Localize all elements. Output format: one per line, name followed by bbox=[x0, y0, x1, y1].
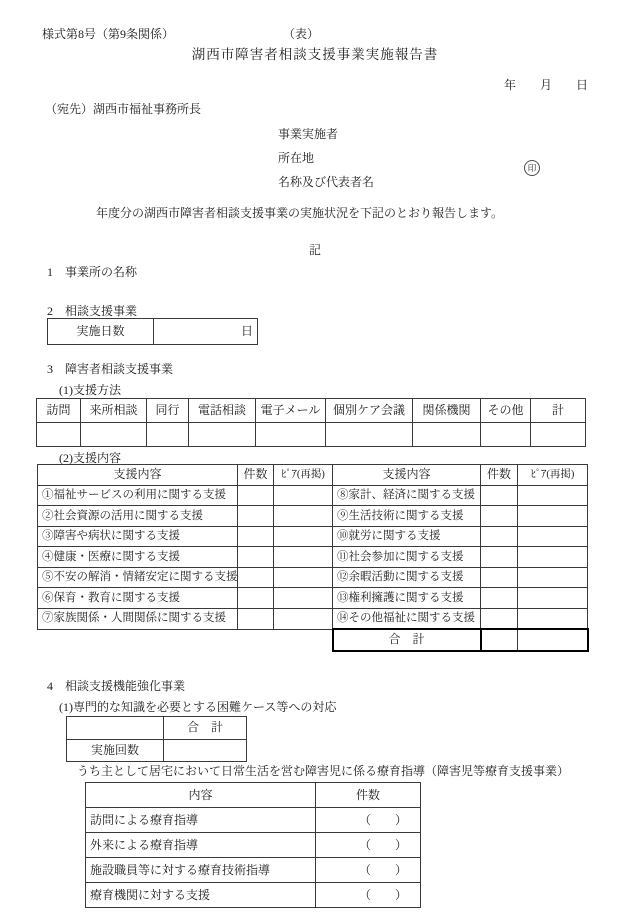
table-row: 実施回数 bbox=[67, 739, 247, 762]
support-item: ⑤不安の解消・情緒安定に関する支援 bbox=[38, 567, 238, 588]
support-content-header-row: 支援内容 件数 ﾋﾟｱ(再掲) 支援内容 件数 ﾋﾟｱ(再掲) bbox=[38, 465, 588, 486]
implementation-days-value: 日 bbox=[154, 319, 258, 345]
count-cell bbox=[238, 506, 274, 527]
table-row: 合 計 bbox=[67, 717, 247, 740]
count-cell bbox=[481, 485, 518, 506]
value-cell bbox=[256, 423, 326, 447]
value-cell bbox=[147, 423, 189, 447]
page-title: 湖西市障害者相談支援事業実施報告書 bbox=[0, 47, 630, 64]
count-cell bbox=[481, 588, 518, 609]
count-cell: （ ） bbox=[316, 808, 421, 833]
empty-cell bbox=[238, 629, 274, 651]
peer-cell bbox=[274, 608, 333, 629]
table-row: ⑥保育・教育に関する支援 ⑬権利擁護に関する支援 bbox=[38, 588, 588, 609]
col-total: 計 bbox=[531, 399, 586, 423]
difficult-cases-table: 合 計 実施回数 bbox=[66, 716, 247, 762]
support-item: ④健康・医療に関する支援 bbox=[38, 547, 238, 568]
support-item: ⑨生活技術に関する支援 bbox=[333, 506, 481, 527]
count-cell bbox=[481, 567, 518, 588]
col-peer-left: ﾋﾟｱ(再掲) bbox=[274, 465, 333, 486]
peer-cell bbox=[518, 485, 588, 506]
col-phone-consult: 電話相談 bbox=[189, 399, 256, 423]
col-other: その他 bbox=[481, 399, 531, 423]
guidance-note: うち主として居宅において日常生活を営む障害児に係る療育指導（障害児等療育支援事業… bbox=[77, 764, 569, 779]
peer-cell bbox=[274, 588, 333, 609]
col-visit: 訪問 bbox=[37, 399, 81, 423]
difficult-cases-heading: (1)専門的な知識を必要とする困難ケース等への対応 bbox=[59, 700, 336, 715]
col-office-consult: 来所相談 bbox=[81, 399, 147, 423]
total-row: 合 計 bbox=[38, 629, 588, 651]
col-count-right: 件数 bbox=[481, 465, 518, 486]
support-item: ⑦家族関係・人間関係に関する支援 bbox=[38, 608, 238, 629]
value-cell bbox=[326, 423, 413, 447]
implementation-days-table: 実施日数 日 bbox=[47, 318, 258, 345]
peer-cell bbox=[518, 567, 588, 588]
section3-heading: 3 障害者相談支援事業 bbox=[47, 362, 173, 377]
side-label: （表） bbox=[283, 27, 319, 42]
addressee: （宛先）湖西市福祉事務所長 bbox=[45, 102, 201, 117]
col-count-left: 件数 bbox=[238, 465, 274, 486]
support-item: ②社会資源の活用に関する支援 bbox=[38, 506, 238, 527]
support-item: ⑫余暇活動に関する支援 bbox=[333, 567, 481, 588]
report-statement: 年度分の湖西市障害者相談支援事業の実施状況を下記のとおり報告します。 bbox=[96, 206, 503, 221]
document-page: 様式第8号（第9条関係） （表） 湖西市障害者相談支援事業実施報告書 年 月 日… bbox=[0, 0, 630, 915]
col-count: 件数 bbox=[316, 783, 421, 808]
date-line: 年 月 日 bbox=[504, 78, 588, 93]
table-row: ②社会資源の活用に関する支援 ⑨生活技術に関する支援 bbox=[38, 506, 588, 527]
count-cell bbox=[481, 547, 518, 568]
value-cell bbox=[531, 423, 586, 447]
peer-cell bbox=[518, 506, 588, 527]
support-item: ①福祉サービスの利用に関する支援 bbox=[38, 485, 238, 506]
peer-cell bbox=[274, 506, 333, 527]
support-item: ⑩就労に関する支援 bbox=[333, 526, 481, 547]
empty-cell bbox=[38, 629, 238, 651]
representative-name-label: 名称及び代表者名 bbox=[278, 175, 374, 190]
table-row: 施設職員等に対する療育技術指導 （ ） bbox=[86, 858, 421, 883]
support-item: ⑬権利擁護に関する支援 bbox=[333, 588, 481, 609]
col-care-meeting: 個別ケア会議 bbox=[326, 399, 413, 423]
support-item: ③障害や病状に関する支援 bbox=[38, 526, 238, 547]
col-content: 内容 bbox=[86, 783, 316, 808]
empty-cell bbox=[274, 629, 333, 651]
grand-total-label: 合 計 bbox=[333, 629, 481, 651]
peer-cell bbox=[274, 485, 333, 506]
guidance-item: 施設職員等に対する療育技術指導 bbox=[86, 858, 316, 883]
implementation-count-label: 実施回数 bbox=[67, 739, 164, 762]
guidance-item: 外来による療育指導 bbox=[86, 833, 316, 858]
count-cell bbox=[238, 526, 274, 547]
peer-cell bbox=[518, 629, 588, 651]
support-method-heading: (1)支援方法 bbox=[59, 383, 121, 398]
table-row: ③障害や病状に関する支援 ⑩就労に関する支援 bbox=[38, 526, 588, 547]
count-cell bbox=[238, 567, 274, 588]
col-peer-right: ﾋﾟｱ(再掲) bbox=[518, 465, 588, 486]
peer-cell bbox=[274, 526, 333, 547]
implementer-label: 事業実施者 bbox=[278, 127, 338, 142]
section4-heading: 4 相談支援機能強化事業 bbox=[47, 679, 185, 694]
support-item: ⑪社会参加に関する支援 bbox=[333, 547, 481, 568]
guidance-item: 訪問による療育指導 bbox=[86, 808, 316, 833]
guidance-header-row: 内容 件数 bbox=[86, 783, 421, 808]
value-cell bbox=[189, 423, 256, 447]
value-cell bbox=[37, 423, 81, 447]
col-support-content-left: 支援内容 bbox=[38, 465, 238, 486]
value-cell bbox=[81, 423, 147, 447]
form-number: 様式第8号（第9条関係） bbox=[42, 27, 174, 42]
total-header-cell: 合 計 bbox=[164, 717, 247, 740]
table-row: ①福祉サービスの利用に関する支援 ⑧家計、経済に関する支援 bbox=[38, 485, 588, 506]
col-accompany: 同行 bbox=[147, 399, 189, 423]
empty-header-cell bbox=[67, 717, 164, 740]
count-cell bbox=[238, 547, 274, 568]
implementation-days-label: 実施日数 bbox=[48, 319, 154, 345]
count-cell: （ ） bbox=[316, 858, 421, 883]
support-item: ⑭その他福祉に関する支援 bbox=[333, 608, 481, 629]
count-cell bbox=[481, 506, 518, 527]
peer-cell bbox=[518, 547, 588, 568]
value-cell bbox=[164, 739, 247, 762]
table-row: ⑦家族関係・人間関係に関する支援 ⑭その他福祉に関する支援 bbox=[38, 608, 588, 629]
col-email: 電子メール bbox=[256, 399, 326, 423]
count-cell bbox=[481, 526, 518, 547]
count-cell bbox=[481, 629, 518, 651]
peer-cell bbox=[518, 608, 588, 629]
col-support-content-right: 支援内容 bbox=[333, 465, 481, 486]
count-cell: （ ） bbox=[316, 833, 421, 858]
ki-label: 記 bbox=[0, 243, 630, 258]
support-method-header-row: 訪問 来所相談 同行 電話相談 電子メール 個別ケア会議 関係機関 その他 計 bbox=[37, 399, 586, 423]
table-row: ④健康・医療に関する支援 ⑪社会参加に関する支援 bbox=[38, 547, 588, 568]
value-cell bbox=[413, 423, 481, 447]
col-related-orgs: 関係機関 bbox=[413, 399, 481, 423]
peer-cell bbox=[518, 526, 588, 547]
count-cell bbox=[481, 608, 518, 629]
support-method-value-row bbox=[37, 423, 586, 447]
support-item: ⑥保育・教育に関する支援 bbox=[38, 588, 238, 609]
section2-heading: 2 相談支援事業 bbox=[47, 304, 137, 319]
support-item: ⑧家計、経済に関する支援 bbox=[333, 485, 481, 506]
count-cell bbox=[238, 608, 274, 629]
peer-cell bbox=[518, 588, 588, 609]
count-cell bbox=[238, 588, 274, 609]
seal-character: 印 bbox=[524, 160, 540, 176]
support-content-table: 支援内容 件数 ﾋﾟｱ(再掲) 支援内容 件数 ﾋﾟｱ(再掲) ①福祉サービスの… bbox=[37, 464, 589, 652]
count-cell: （ ） bbox=[316, 883, 421, 908]
address-label: 所在地 bbox=[278, 151, 314, 166]
peer-cell bbox=[274, 547, 333, 568]
seal-icon: 印 bbox=[524, 160, 540, 176]
count-cell bbox=[238, 485, 274, 506]
section1-heading: 1 事業所の名称 bbox=[47, 265, 137, 280]
table-row: ⑤不安の解消・情緒安定に関する支援 ⑫余暇活動に関する支援 bbox=[38, 567, 588, 588]
table-row: 外来による療育指導 （ ） bbox=[86, 833, 421, 858]
peer-cell bbox=[274, 567, 333, 588]
guidance-table: 内容 件数 訪問による療育指導 （ ） 外来による療育指導 （ ） 施設職員等に… bbox=[85, 782, 421, 908]
support-method-table: 訪問 来所相談 同行 電話相談 電子メール 個別ケア会議 関係機関 その他 計 bbox=[36, 398, 586, 447]
table-row: 療育機関に対する支援 （ ） bbox=[86, 883, 421, 908]
value-cell bbox=[481, 423, 531, 447]
table-row: 訪問による療育指導 （ ） bbox=[86, 808, 421, 833]
guidance-item: 療育機関に対する支援 bbox=[86, 883, 316, 908]
